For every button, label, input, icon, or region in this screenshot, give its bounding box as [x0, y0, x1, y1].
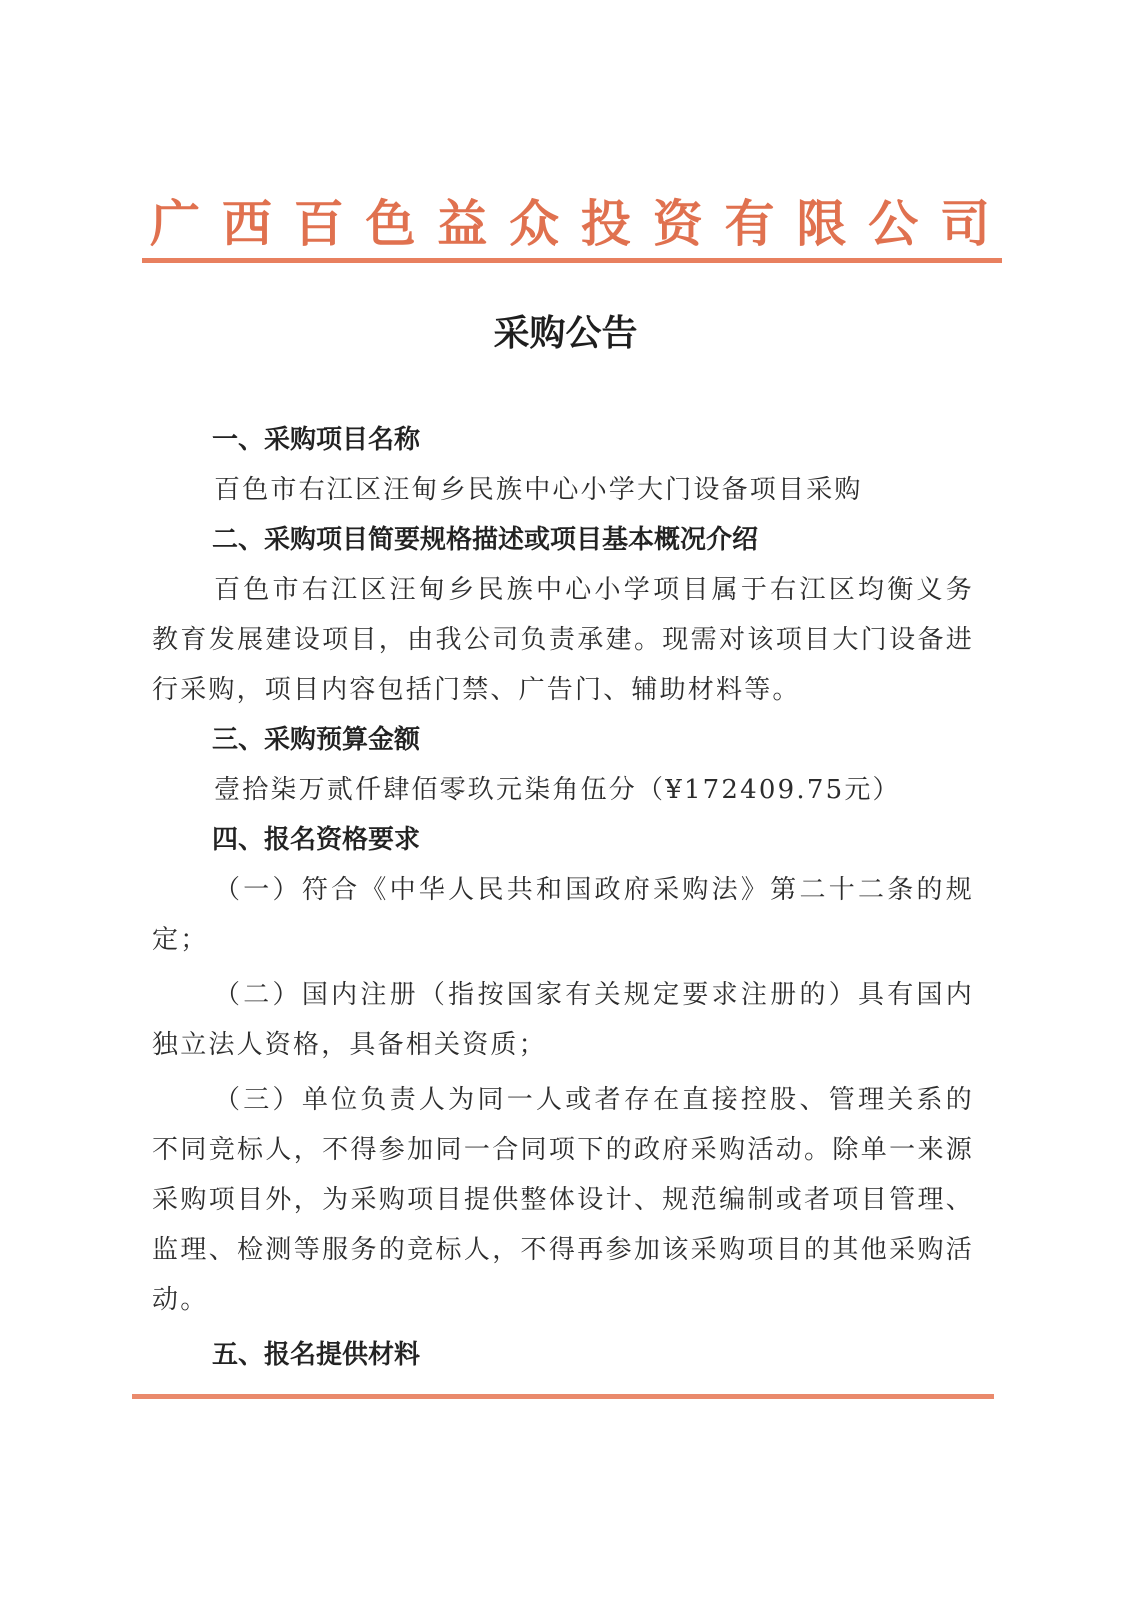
letterhead-char: 众 [509, 184, 559, 256]
section-heading-3: 三、采购预算金额 [212, 715, 974, 765]
project-name: 百色市右江区汪甸乡民族中心小学大门设备项目采购 [214, 465, 974, 515]
project-description: 百色市右江区汪甸乡民族中心小学项目属于右江区均衡义务教育发展建设项目，由我公司负… [152, 565, 974, 715]
letterhead-char: 公 [868, 184, 918, 256]
letterhead-char: 西 [222, 184, 272, 256]
qualification-item-3: （三）单位负责人为同一人或者存在直接控股、管理关系的不同竞标人，不得参加同一合同… [152, 1075, 974, 1325]
company-letterhead: 广 西 百 色 益 众 投 资 有 限 公 司 [150, 190, 990, 250]
letterhead-char: 司 [940, 184, 990, 256]
letterhead-char: 资 [653, 184, 703, 256]
letterhead-char: 广 [150, 184, 200, 256]
document-body: 一、采购项目名称 百色市右江区汪甸乡民族中心小学大门设备项目采购 二、采购项目简… [152, 415, 974, 1380]
letterhead-char: 益 [437, 184, 487, 256]
qualification-item-1: （一）符合《中华人民共和国政府采购法》第二十二条的规定； [152, 865, 974, 965]
qualification-item-2: （二）国内注册（指按国家有关规定要求注册的）具有国内独立法人资格，具备相关资质； [152, 970, 974, 1070]
letterhead-char: 有 [725, 184, 775, 256]
letterhead-char: 投 [581, 184, 631, 256]
section-heading-2: 二、采购项目简要规格描述或项目基本概况介绍 [212, 515, 974, 565]
section-heading-4: 四、报名资格要求 [212, 815, 974, 865]
document-title: 采购公告 [0, 305, 1131, 356]
letterhead-char: 百 [294, 184, 344, 256]
section-heading-1: 一、采购项目名称 [212, 415, 974, 465]
letterhead-divider [142, 258, 1002, 263]
footer-divider [132, 1394, 994, 1399]
letterhead-char: 限 [796, 184, 846, 256]
budget-amount: 壹拾柒万贰仟肆佰零玖元柒角伍分（¥172409.75元） [214, 765, 974, 815]
letterhead-char: 色 [365, 184, 415, 256]
section-heading-5: 五、报名提供材料 [212, 1330, 974, 1380]
